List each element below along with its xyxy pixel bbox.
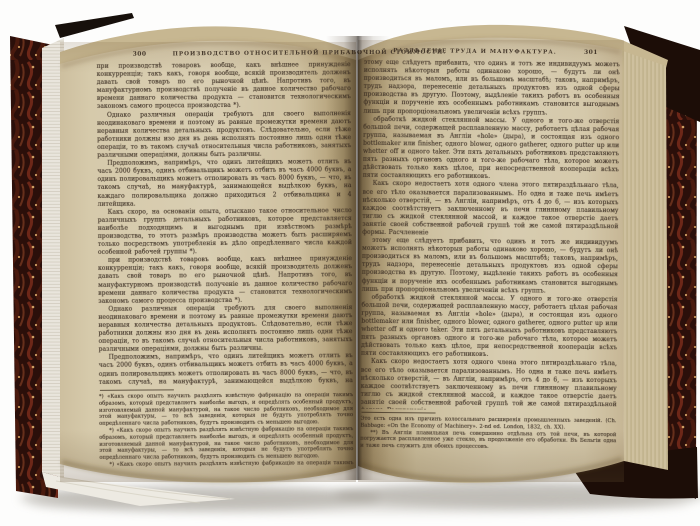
right-footnotes: Это есть одна изъ причинъ колоссальнаго … [360, 416, 616, 470]
book-photo: 300 ПРОИЗВОДСТВО ОТНОСИТЕЛЬНОЙ ПРИБАВОЧН… [0, 0, 700, 526]
text-paragraph: *) «Какъ скоро опытъ научилъ раздѣлять и… [99, 426, 353, 462]
right-fore-edge-stack [620, 50, 668, 470]
text-paragraph: обработкѣ жидкой стеклянной массы. У одн… [361, 293, 618, 360]
text-paragraph: Какъ скоро, на основаніи опыта, отыскано… [98, 207, 352, 257]
right-body-text: этому еще слѣдуетъ прибавить, что одинъ … [361, 59, 620, 411]
left-body-text: при производствѣ товаровъ вообще, какъ в… [97, 61, 353, 387]
text-paragraph: Однако различныя операціи требуютъ для с… [97, 110, 351, 160]
left-page-number: 300 [133, 51, 147, 58]
right-footnote-rule [362, 412, 436, 414]
text-paragraph: Предположимъ, напримѣръ, что одинъ литей… [99, 352, 353, 386]
text-paragraph: Какъ скоро недостаетъ хотя одного члена … [362, 180, 619, 239]
left-footnotes: *) «Какъ скоро опытъ научилъ раздѣлять и… [99, 392, 354, 468]
top-left-cover-corner [55, 13, 134, 38]
text-paragraph: при производствѣ товаровъ вообще, какъ в… [97, 61, 351, 111]
text-paragraph: Предположимъ, напримѣръ, что одинъ литей… [97, 158, 351, 208]
text-paragraph: этому еще слѣдуетъ прибавить, что одинъ … [362, 237, 619, 296]
text-paragraph: при производствѣ товаровъ вообще, какъ в… [98, 255, 352, 305]
right-page-number: 301 [584, 49, 598, 56]
text-paragraph: обработкѣ жидкой стеклянной массы. У одн… [363, 115, 620, 182]
left-footnote-rule [100, 389, 174, 391]
text-paragraph: *) «Какъ скоро опытъ научилъ раздѣлять и… [99, 460, 353, 468]
right-page: РАЗДѢЛЕНІЕ ТРУДА И МАНУФАКТУРА. 301 этом… [360, 45, 620, 475]
text-paragraph: *) «Какъ скоро опытъ научилъ раздѣлять и… [99, 392, 353, 428]
right-running-title: РАЗДѢЛЕНІЕ ТРУДА И МАНУФАКТУРА. [393, 48, 557, 56]
text-paragraph: Однако различныя операціи требуютъ для с… [98, 304, 352, 354]
text-paragraph: **) Въ Англіи плавильная печь совершенно… [360, 429, 616, 452]
left-page: 300 ПРОИЗВОДСТВО ОТНОСИТЕЛЬНОЙ ПРИБАВОЧН… [97, 47, 354, 471]
text-paragraph: этому еще слѣдуетъ прибавить, что одинъ … [363, 59, 620, 118]
text-paragraph: Какъ скоро недостаетъ хотя одного члена … [361, 358, 617, 411]
